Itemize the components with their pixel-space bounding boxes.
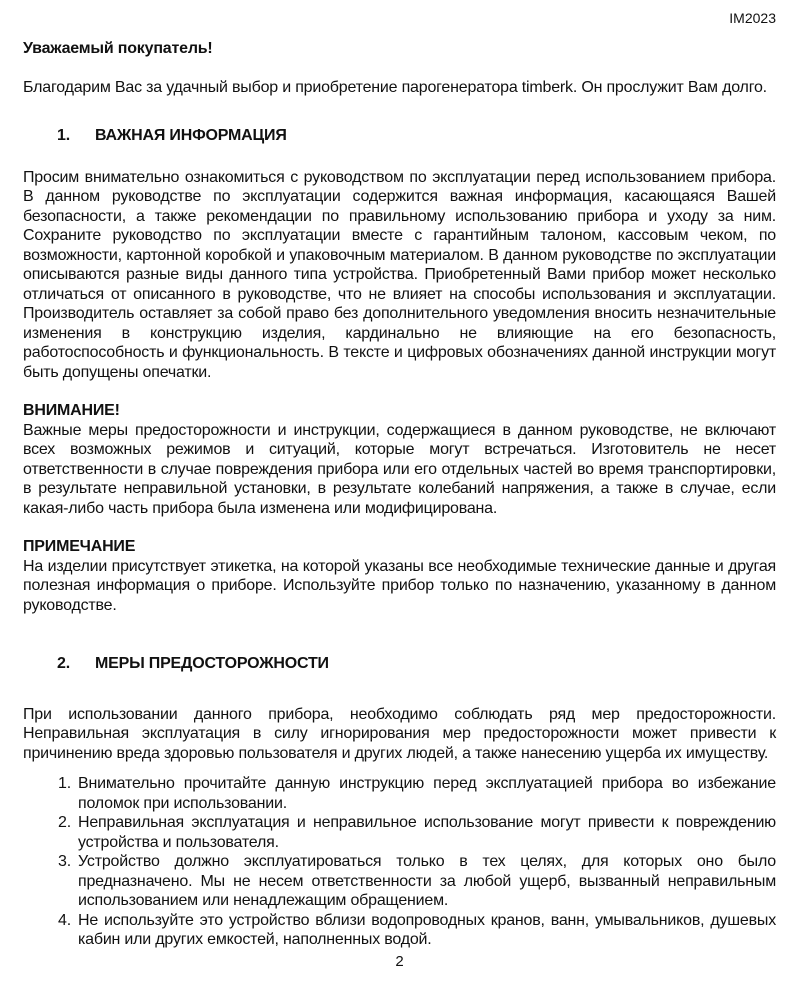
section-2-heading: 2. МЕРЫ ПРЕДОСТОРОЖНОСТИ (23, 654, 776, 674)
section-2-number: 2. (57, 654, 95, 674)
attention-heading: ВНИМАНИЕ! (23, 401, 776, 421)
list-item-number: 1. (58, 774, 78, 813)
list-item: 2. Неправильная эксплуатация и неправиль… (23, 813, 776, 852)
list-item-number: 4. (58, 911, 78, 950)
manual-page: IM2023 Уважаемый покупатель! Благодарим … (0, 0, 800, 1000)
precaution-list: 1. Внимательно прочитайте данную инструк… (23, 774, 776, 950)
list-item: 4. Не используйте это устройство вблизи … (23, 911, 776, 950)
list-item: 1. Внимательно прочитайте данную инструк… (23, 774, 776, 813)
list-item-text: Устройство должно эксплуатироваться толь… (78, 852, 776, 911)
greeting-heading: Уважаемый покупатель! (23, 39, 776, 59)
section-1-heading: 1. ВАЖНАЯ ИНФОРМАЦИЯ (23, 126, 776, 146)
section-1-body: Просим внимательно ознакомиться с руково… (23, 168, 776, 383)
note-body: На изделии присутствует этикетка, на кот… (23, 557, 776, 616)
attention-body: Важные меры предосторожности и инструкци… (23, 421, 776, 519)
note-heading: ПРИМЕЧАНИЕ (23, 537, 776, 557)
page-number: 2 (23, 952, 776, 972)
list-item-text: Не используйте это устройство вблизи вод… (78, 911, 776, 950)
list-item-text: Внимательно прочитайте данную инструкцию… (78, 774, 776, 813)
section-2-title: МЕРЫ ПРЕДОСТОРОЖНОСТИ (95, 654, 329, 674)
list-item: 3. Устройство должно эксплуатироваться т… (23, 852, 776, 911)
section-1-title: ВАЖНАЯ ИНФОРМАЦИЯ (95, 126, 287, 146)
greeting-paragraph: Благодарим Вас за удачный выбор и приобр… (23, 78, 776, 98)
list-item-number: 3. (58, 852, 78, 911)
list-item-text: Неправильная эксплуатация и неправильное… (78, 813, 776, 852)
section-2-body: При использовании данного прибора, необх… (23, 705, 776, 764)
document-code: IM2023 (23, 10, 776, 26)
section-1-number: 1. (57, 126, 95, 146)
list-item-number: 2. (58, 813, 78, 852)
